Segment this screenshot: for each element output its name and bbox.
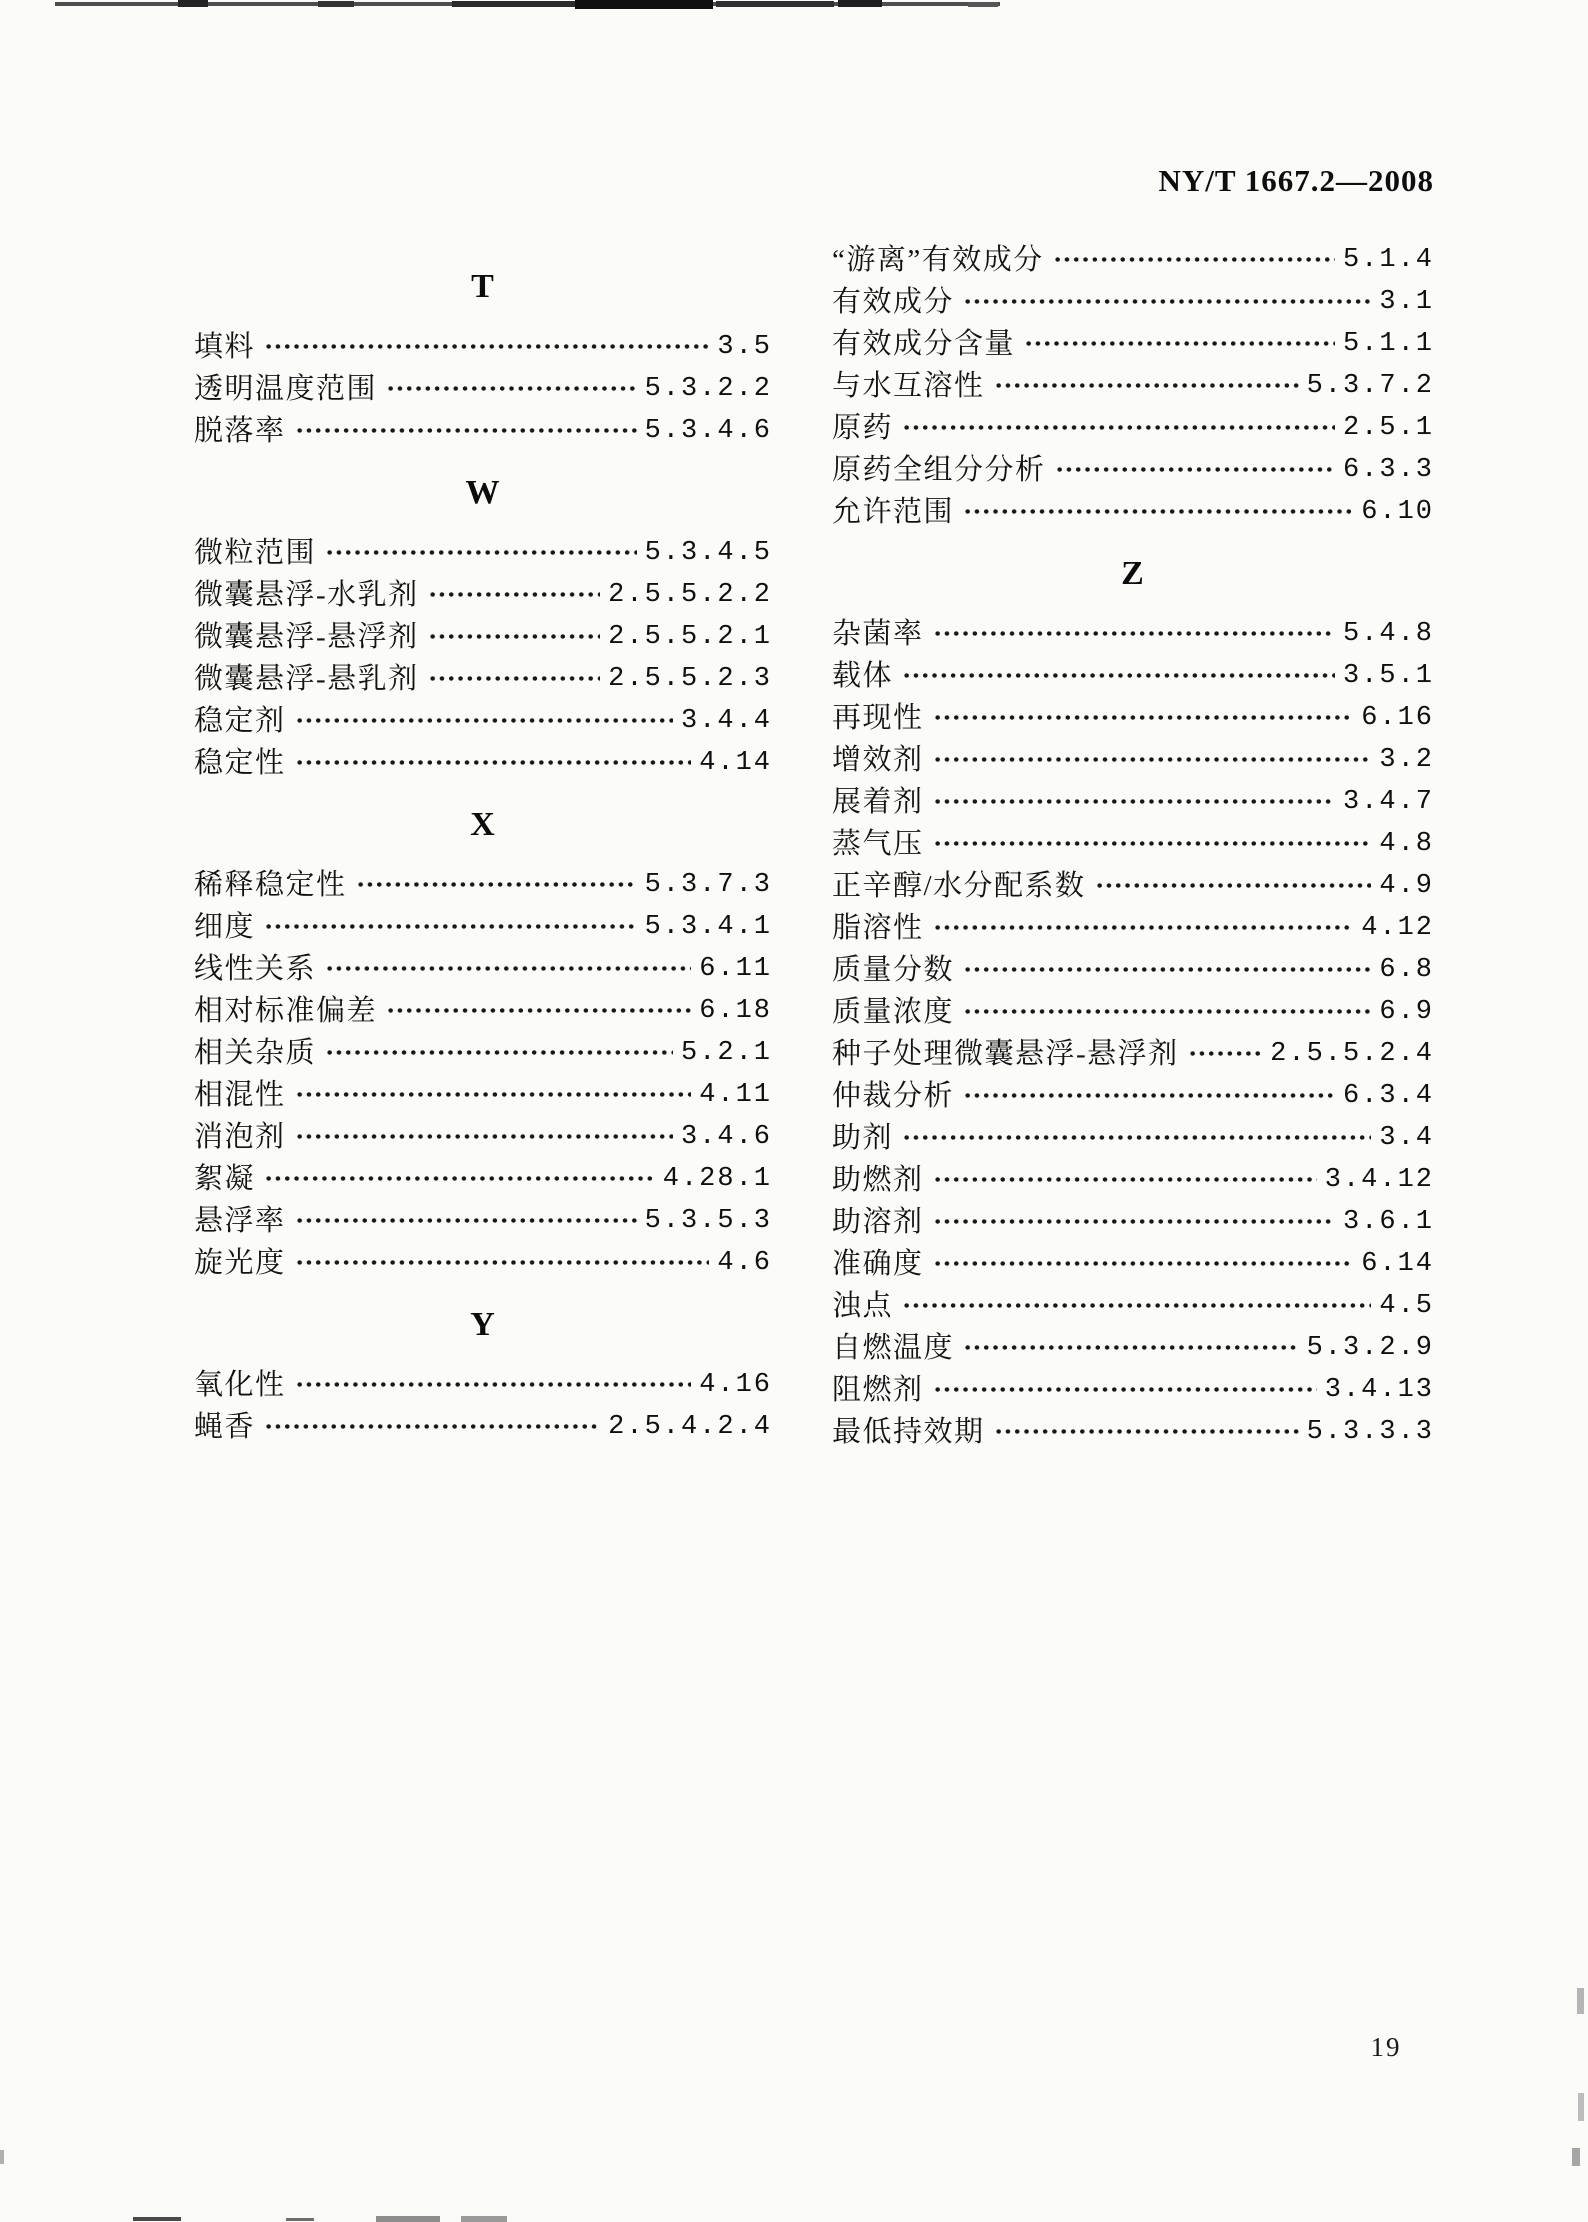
index-entry: 与水互溶性5.3.7.2 [832, 365, 1434, 407]
index-entry: 原药2.5.1 [832, 407, 1434, 449]
index-term: 线性关系 [194, 948, 316, 990]
dot-leader [1053, 449, 1335, 491]
dot-leader [293, 1116, 673, 1158]
index-ref: 4.12 [1361, 907, 1434, 949]
index-entry: 质量分数6.8 [832, 949, 1434, 991]
dot-leader [931, 739, 1372, 781]
dot-leader [961, 1327, 1299, 1369]
index-entry: 微囊悬浮-悬乳剂2.5.5.2.3 [194, 658, 772, 700]
index-term: 稳定性 [194, 742, 286, 784]
index-term: 有效成分 [832, 281, 954, 323]
dot-leader [931, 1369, 1317, 1411]
index-entry: 填料3.5 [194, 326, 772, 368]
index-entry: “游离”有效成分5.1.4 [832, 239, 1434, 281]
index-term: 助剂 [832, 1117, 893, 1159]
dot-leader [931, 613, 1335, 655]
index-column-left: T填料3.5透明温度范围5.3.2.2脱落率5.3.4.6W微粒范围5.3.4.… [194, 246, 772, 1448]
scan-artifact-edge-mark [1577, 1988, 1584, 2014]
index-entry: 悬浮率5.3.5.3 [194, 1200, 772, 1242]
index-entry: 旋光度4.6 [194, 1242, 772, 1284]
page-number: 19 [1356, 2032, 1416, 2063]
index-term: 脱落率 [194, 410, 286, 452]
dot-leader [323, 1032, 673, 1074]
index-ref: 5.3.7.3 [645, 864, 772, 906]
index-ref: 3.4.7 [1343, 781, 1434, 823]
index-term: 质量分数 [832, 949, 954, 991]
index-term: 相对标准偏差 [194, 990, 377, 1032]
dot-leader [384, 368, 637, 410]
index-ref: 6.8 [1379, 949, 1434, 991]
dot-leader [262, 1158, 655, 1200]
dot-leader [931, 1201, 1335, 1243]
index-term: 阻燃剂 [832, 1369, 924, 1411]
dot-leader [992, 1411, 1299, 1453]
index-term: 微囊悬浮-水乳剂 [194, 574, 419, 616]
index-term: 再现性 [832, 697, 924, 739]
dot-leader [931, 907, 1354, 949]
index-entry: 稳定性4.14 [194, 742, 772, 784]
index-term: 原药全组分分析 [832, 449, 1046, 491]
index-ref: 2.5.5.2.1 [608, 616, 772, 658]
section-letter-X: X [194, 804, 772, 846]
dot-leader [931, 823, 1372, 865]
index-term: 稳定剂 [194, 700, 286, 742]
index-term: 助燃剂 [832, 1159, 924, 1201]
dot-leader [354, 864, 637, 906]
dot-leader [961, 991, 1371, 1033]
index-term: 消泡剂 [194, 1116, 286, 1158]
index-ref: 6.9 [1379, 991, 1434, 1033]
index-term: 微囊悬浮-悬乳剂 [194, 658, 419, 700]
index-ref: 5.1.4 [1343, 239, 1434, 281]
index-entry: 阻燃剂3.4.13 [832, 1369, 1434, 1411]
scan-artifact-top-blob [575, 0, 713, 9]
scan-artifact-edge-mark [0, 2150, 4, 2164]
dot-leader [1093, 865, 1372, 907]
section-letter-W: W [194, 472, 772, 514]
dot-leader [293, 700, 673, 742]
dot-leader [426, 616, 601, 658]
dot-leader [961, 1075, 1335, 1117]
dot-leader [1186, 1033, 1263, 1075]
index-term: “游离”有效成分 [832, 239, 1044, 281]
index-ref: 5.3.4.1 [645, 906, 772, 948]
dot-leader [931, 697, 1354, 739]
index-term: 允许范围 [832, 491, 954, 533]
index-ref: 5.3.7.2 [1307, 365, 1434, 407]
index-term: 填料 [194, 326, 255, 368]
scan-artifact-top-blob [968, 2, 998, 7]
index-ref: 3.4 [1379, 1117, 1434, 1159]
dot-leader [293, 410, 637, 452]
index-term: 相混性 [194, 1074, 286, 1116]
index-entry: 透明温度范围5.3.2.2 [194, 368, 772, 410]
index-ref: 3.4.4 [681, 700, 772, 742]
dot-leader [426, 658, 601, 700]
index-ref: 4.11 [699, 1074, 772, 1116]
dot-leader [262, 326, 709, 368]
index-entry: 微粒范围5.3.4.5 [194, 532, 772, 574]
index-ref: 2.5.4.2.4 [608, 1406, 772, 1448]
index-ref: 3.6.1 [1343, 1201, 1434, 1243]
index-entry: 有效成分3.1 [832, 281, 1434, 323]
dot-leader [900, 1285, 1371, 1327]
scanned-document-page: NY/T 1667.2—2008 T填料3.5透明温度范围5.3.2.2脱落率5… [0, 0, 1588, 2222]
index-term: 正辛醇/水分配系数 [832, 865, 1086, 907]
dot-leader [900, 407, 1335, 449]
index-ref: 5.3.2.2 [645, 368, 772, 410]
index-entry: 助剂3.4 [832, 1117, 1434, 1159]
index-entry: 氧化性4.16 [194, 1364, 772, 1406]
index-entry: 蝇香2.5.4.2.4 [194, 1406, 772, 1448]
index-entry: 消泡剂3.4.6 [194, 1116, 772, 1158]
index-term: 微囊悬浮-悬浮剂 [194, 616, 419, 658]
index-term: 有效成分含量 [832, 323, 1015, 365]
scan-artifact-bottom-dash [376, 2216, 440, 2222]
index-ref: 4.16 [699, 1364, 772, 1406]
index-term: 杂菌率 [832, 613, 924, 655]
dot-leader [931, 1159, 1317, 1201]
dot-leader [293, 742, 692, 784]
index-ref: 4.14 [699, 742, 772, 784]
index-term: 相关杂质 [194, 1032, 316, 1074]
index-ref: 2.5.5.2.2 [608, 574, 772, 616]
index-term: 种子处理微囊悬浮-悬浮剂 [832, 1033, 1179, 1075]
index-term: 旋光度 [194, 1242, 286, 1284]
index-entry: 再现性6.16 [832, 697, 1434, 739]
section-letter-Z: Z [832, 553, 1434, 595]
index-entry: 正辛醇/水分配系数4.9 [832, 865, 1434, 907]
index-entry: 准确度6.14 [832, 1243, 1434, 1285]
dot-leader [931, 1243, 1354, 1285]
dot-leader [293, 1074, 692, 1116]
index-ref: 4.8 [1379, 823, 1434, 865]
index-ref: 6.3.4 [1343, 1075, 1434, 1117]
index-term: 浊点 [832, 1285, 893, 1327]
index-entry: 线性关系6.11 [194, 948, 772, 990]
index-ref: 2.5.5.2.3 [608, 658, 772, 700]
dot-leader [961, 491, 1353, 533]
index-term: 透明温度范围 [194, 368, 377, 410]
index-entry: 助溶剂3.6.1 [832, 1201, 1434, 1243]
index-entry: 杂菌率5.4.8 [832, 613, 1434, 655]
index-entry: 允许范围6.10 [832, 491, 1434, 533]
index-ref: 5.3.5.3 [645, 1200, 772, 1242]
index-ref: 6.11 [699, 948, 772, 990]
index-ref: 5.3.4.5 [645, 532, 772, 574]
index-term: 蝇香 [194, 1406, 255, 1448]
index-ref: 5.1.1 [1343, 323, 1434, 365]
index-ref: 3.5 [717, 326, 772, 368]
index-entry: 蒸气压4.8 [832, 823, 1434, 865]
index-column-right: “游离”有效成分5.1.4有效成分3.1有效成分含量5.1.1与水互溶性5.3.… [832, 239, 1434, 1453]
index-ref: 2.5.1 [1343, 407, 1434, 449]
index-ref: 5.3.3.3 [1307, 1411, 1434, 1453]
index-ref: 5.3.2.9 [1307, 1327, 1434, 1369]
index-entry: 质量浓度6.9 [832, 991, 1434, 1033]
index-entry: 自燃温度5.3.2.9 [832, 1327, 1434, 1369]
index-term: 脂溶性 [832, 907, 924, 949]
dot-leader [426, 574, 601, 616]
index-term: 增效剂 [832, 739, 924, 781]
index-ref: 5.4.8 [1343, 613, 1434, 655]
index-ref: 6.3.3 [1343, 449, 1434, 491]
index-ref: 3.1 [1379, 281, 1434, 323]
section-letter-Y: Y [194, 1304, 772, 1346]
index-term: 仲裁分析 [832, 1075, 954, 1117]
index-term: 与水互溶性 [832, 365, 985, 407]
index-term: 展着剂 [832, 781, 924, 823]
standard-code-header: NY/T 1667.2—2008 [0, 163, 1434, 199]
index-entry: 相对标准偏差6.18 [194, 990, 772, 1032]
dot-leader [323, 532, 637, 574]
scan-artifact-bottom-dash [133, 2217, 181, 2221]
index-term: 蒸气压 [832, 823, 924, 865]
dot-leader [293, 1200, 637, 1242]
dot-leader [384, 990, 691, 1032]
index-entry: 仲裁分析6.3.4 [832, 1075, 1434, 1117]
index-term: 微粒范围 [194, 532, 316, 574]
scan-artifact-top-blob [716, 1, 834, 7]
index-term: 细度 [194, 906, 255, 948]
section-letter-T: T [194, 266, 772, 308]
index-ref: 3.2 [1379, 739, 1434, 781]
index-entry: 浊点4.5 [832, 1285, 1434, 1327]
dot-leader [293, 1242, 710, 1284]
dot-leader [323, 948, 691, 990]
index-ref: 2.5.5.2.4 [1270, 1033, 1434, 1075]
index-term: 最低持效期 [832, 1411, 985, 1453]
index-entry: 细度5.3.4.1 [194, 906, 772, 948]
index-ref: 3.5.1 [1343, 655, 1434, 697]
dot-leader [961, 281, 1371, 323]
dot-leader [900, 1117, 1371, 1159]
index-term: 自燃温度 [832, 1327, 954, 1369]
dot-leader [293, 1364, 692, 1406]
index-ref: 5.2.1 [681, 1032, 772, 1074]
dot-leader [931, 781, 1335, 823]
index-ref: 3.4.13 [1325, 1369, 1434, 1411]
index-entry: 助燃剂3.4.12 [832, 1159, 1434, 1201]
index-entry: 种子处理微囊悬浮-悬浮剂2.5.5.2.4 [832, 1033, 1434, 1075]
index-term: 原药 [832, 407, 893, 449]
index-entry: 有效成分含量5.1.1 [832, 323, 1434, 365]
index-ref: 5.3.4.6 [645, 410, 772, 452]
dot-leader [900, 655, 1335, 697]
dot-leader [1022, 323, 1335, 365]
index-ref: 4.5 [1379, 1285, 1434, 1327]
index-term: 准确度 [832, 1243, 924, 1285]
index-ref: 4.6 [717, 1242, 772, 1284]
index-entry: 相关杂质5.2.1 [194, 1032, 772, 1074]
index-entry: 稳定剂3.4.4 [194, 700, 772, 742]
index-ref: 6.10 [1361, 491, 1434, 533]
index-entry: 相混性4.11 [194, 1074, 772, 1116]
dot-leader [262, 1406, 600, 1448]
scan-artifact-top-blob [178, 0, 208, 7]
scan-artifact-top-blob [452, 1, 587, 7]
dot-leader [992, 365, 1299, 407]
scan-artifact-top-blob [838, 0, 882, 7]
index-term: 氧化性 [194, 1364, 286, 1406]
index-entry: 脂溶性4.12 [832, 907, 1434, 949]
dot-leader [262, 906, 637, 948]
index-term: 助溶剂 [832, 1201, 924, 1243]
index-entry: 载体3.5.1 [832, 655, 1434, 697]
dot-leader [1051, 239, 1335, 281]
index-term: 载体 [832, 655, 893, 697]
index-term: 稀释稳定性 [194, 864, 347, 906]
index-ref: 6.18 [699, 990, 772, 1032]
index-entry: 絮凝4.28.1 [194, 1158, 772, 1200]
scan-artifact-top-band [55, 2, 1000, 6]
index-ref: 4.28.1 [663, 1158, 772, 1200]
index-entry: 最低持效期5.3.3.3 [832, 1411, 1434, 1453]
index-ref: 6.14 [1361, 1243, 1434, 1285]
scan-artifact-top-blob [318, 1, 354, 7]
scan-artifact-edge-mark [1578, 2093, 1584, 2121]
index-entry: 展着剂3.4.7 [832, 781, 1434, 823]
index-ref: 3.4.6 [681, 1116, 772, 1158]
scan-artifact-bottom-dash [286, 2218, 314, 2221]
scan-artifact-edge-mark [1572, 2148, 1580, 2166]
index-ref: 3.4.12 [1325, 1159, 1434, 1201]
index-term: 悬浮率 [194, 1200, 286, 1242]
index-entry: 微囊悬浮-悬浮剂2.5.5.2.1 [194, 616, 772, 658]
index-entry: 原药全组分分析6.3.3 [832, 449, 1434, 491]
index-entry: 增效剂3.2 [832, 739, 1434, 781]
index-ref: 4.9 [1379, 865, 1434, 907]
scan-artifact-bottom-dash [461, 2216, 507, 2222]
index-entry: 稀释稳定性5.3.7.3 [194, 864, 772, 906]
index-ref: 6.16 [1361, 697, 1434, 739]
index-term: 质量浓度 [832, 991, 954, 1033]
index-entry: 脱落率5.3.4.6 [194, 410, 772, 452]
dot-leader [961, 949, 1371, 991]
index-entry: 微囊悬浮-水乳剂2.5.5.2.2 [194, 574, 772, 616]
index-term: 絮凝 [194, 1158, 255, 1200]
